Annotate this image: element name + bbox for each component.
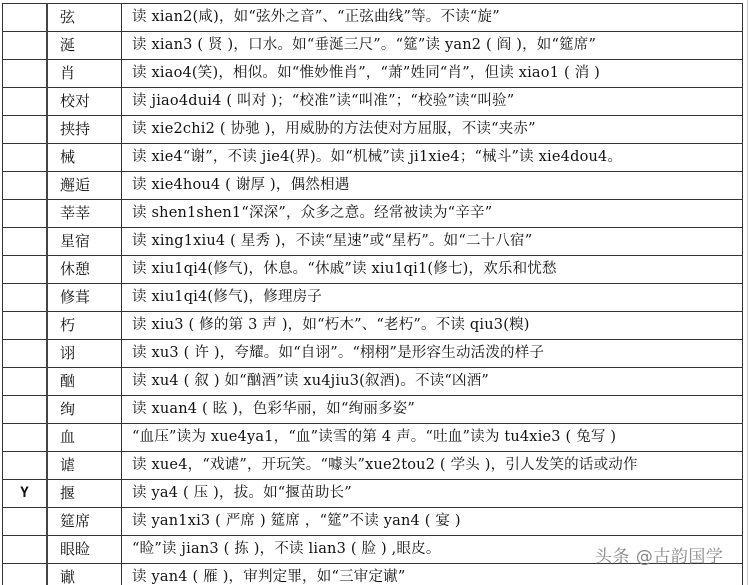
word-cell: 弦 — [47, 4, 122, 32]
letter-cell — [3, 368, 48, 396]
word-cell: 筵席 — [47, 508, 122, 536]
word-cell: 血 — [47, 424, 122, 452]
letter-cell — [3, 424, 48, 452]
note-cell: 读 ya4 ( 压 )，拔。如“揠苗助长” — [122, 480, 743, 508]
note-cell: 读 jiao4dui4 ( 叫对 )；“校准”读“叫准”；“校验”读“叫验” — [122, 88, 743, 116]
word-cell: 眼睑 — [47, 536, 122, 564]
note-cell: 读 xian3 ( 贤 )，口水。如“垂涎三尺”。“筵”读 yan2 ( 阎 )… — [122, 32, 743, 60]
table-row: 挟持读 xie2chi2 ( 协驰 )，用威胁的方法使对方屈服，不读“夹赤” — [3, 116, 743, 144]
note-cell: 读 xiao4(笑)，相似。如“惟妙惟肖”，“萧”姓同“肖”，但读 xiao1 … — [122, 60, 743, 88]
note-cell: 读 xue4，“戏谑”，开玩笑。“噱头”xue2tou2 ( 学头 )，引人发笑… — [122, 452, 743, 480]
letter-cell — [3, 564, 48, 585]
table-row: 休憩读 xiu1qi4(修气)，休息。“休戚”读 xiu1qi1(修七)，欢乐和… — [3, 256, 743, 284]
note-cell: 读 xie2chi2 ( 协驰 )，用威胁的方法使对方屈服，不读“夹赤” — [122, 116, 743, 144]
word-cell: 星宿 — [47, 228, 122, 256]
letter-cell — [3, 116, 48, 144]
word-cell: 谑 — [47, 452, 122, 480]
letter-cell — [3, 60, 48, 88]
letter-cell — [3, 228, 48, 256]
table-row: 涎读 xian3 ( 贤 )，口水。如“垂涎三尺”。“筵”读 yan2 ( 阎 … — [3, 32, 743, 60]
note-cell: 读 xiu1qi4(修气)，休息。“休戚”读 xiu1qi1(修七)，欢乐和忧愁 — [122, 256, 743, 284]
table-row: 械读 xie4“谢”，不读 jie4(界)。如“机械”读 ji1xie4；“械斗… — [3, 144, 743, 172]
table-row: 酗读 xu4 ( 叙 ) 如“酗酒”读 xu4jiu3(叙酒)。不读“凶酒” — [3, 368, 743, 396]
note-cell: 读 xiu3 ( 修的第 3 声 )，如“朽木”、“老朽”。不读 qiu3(糗) — [122, 312, 743, 340]
document-page: 弦读 xian2(咸)，如“弦外之音”、“正弦曲线”等。不读“旋”涎读 xian… — [0, 0, 750, 585]
word-cell: 休憩 — [47, 256, 122, 284]
letter-cell — [3, 396, 48, 424]
letter-cell: Y — [3, 480, 48, 508]
pronunciation-table: 弦读 xian2(咸)，如“弦外之音”、“正弦曲线”等。不读“旋”涎读 xian… — [2, 3, 743, 585]
table-row: 校对读 jiao4dui4 ( 叫对 )；“校准”读“叫准”；“校验”读“叫验” — [3, 88, 743, 116]
word-cell: 诩 — [47, 340, 122, 368]
letter-cell — [3, 88, 48, 116]
note-cell: 读 xian2(咸)，如“弦外之音”、“正弦曲线”等。不读“旋” — [122, 4, 743, 32]
word-cell: 修葺 — [47, 284, 122, 312]
letter-cell — [3, 536, 48, 564]
word-cell: 绚 — [47, 396, 122, 424]
letter-cell — [3, 32, 48, 60]
table-row: 星宿读 xing1xiu4 ( 星秀 )，不读“星速”或“星朽”。如“二十八宿” — [3, 228, 743, 256]
letter-cell — [3, 284, 48, 312]
note-cell: 读 xu3 ( 许 )，夸耀。如“自诩”。“栩栩”是形容生动活泼的样子 — [122, 340, 743, 368]
letter-cell — [3, 312, 48, 340]
table-row: 筵席读 yan1xi3 ( 严席 ) 筵席 ，“筵”不读 yan4 ( 宴 ) — [3, 508, 743, 536]
word-cell: 涎 — [47, 32, 122, 60]
note-cell: 读 xie4“谢”，不读 jie4(界)。如“机械”读 ji1xie4；“械斗”… — [122, 144, 743, 172]
letter-cell — [3, 172, 48, 200]
note-cell: “血压”读为 xue4ya1，“血”读雪的第 4 声。“吐血”读为 tu4xie… — [122, 424, 743, 452]
table-row: 血“血压”读为 xue4ya1，“血”读雪的第 4 声。“吐血”读为 tu4xi… — [3, 424, 743, 452]
word-cell: 朽 — [47, 312, 122, 340]
word-cell: 挟持 — [47, 116, 122, 144]
table-row: 莘莘读 shen1shen1“深深”，众多之意。经常被读为“辛辛” — [3, 200, 743, 228]
word-cell: 酗 — [47, 368, 122, 396]
word-cell: 肖 — [47, 60, 122, 88]
note-cell: 读 xuan4 ( 眩 )，色彩华丽，如“绚丽多姿” — [122, 396, 743, 424]
table-row: 肖读 xiao4(笑)，相似。如“惟妙惟肖”，“萧”姓同“肖”，但读 xiao1… — [3, 60, 743, 88]
table-row: 诩读 xu3 ( 许 )，夸耀。如“自诩”。“栩栩”是形容生动活泼的样子 — [3, 340, 743, 368]
word-cell: 莘莘 — [47, 200, 122, 228]
note-cell: 读 xu4 ( 叙 ) 如“酗酒”读 xu4jiu3(叙酒)。不读“凶酒” — [122, 368, 743, 396]
letter-cell — [3, 200, 48, 228]
letter-cell — [3, 4, 48, 32]
table-row: 修葺读 xiu1qi4(修气)，修理房子 — [3, 284, 743, 312]
table-row: 弦读 xian2(咸)，如“弦外之音”、“正弦曲线”等。不读“旋” — [3, 4, 743, 32]
word-cell: 揠 — [47, 480, 122, 508]
letter-cell — [3, 340, 48, 368]
word-cell: 邂逅 — [47, 172, 122, 200]
watermark: 头条 @古韵国学 — [595, 542, 723, 567]
word-cell: 谳 — [47, 564, 122, 585]
note-cell: 读 xiu1qi4(修气)，修理房子 — [122, 284, 743, 312]
note-cell: 读 xing1xiu4 ( 星秀 )，不读“星速”或“星朽”。如“二十八宿” — [122, 228, 743, 256]
note-cell: 读 shen1shen1“深深”，众多之意。经常被读为“辛辛” — [122, 200, 743, 228]
table-row: 谑读 xue4，“戏谑”，开玩笑。“噱头”xue2tou2 ( 学头 )，引人发… — [3, 452, 743, 480]
letter-cell — [3, 452, 48, 480]
letter-cell — [3, 144, 48, 172]
word-cell: 械 — [47, 144, 122, 172]
letter-cell — [3, 508, 48, 536]
table-row: Y揠读 ya4 ( 压 )，拔。如“揠苗助长” — [3, 480, 743, 508]
word-cell: 校对 — [47, 88, 122, 116]
table-row: 朽读 xiu3 ( 修的第 3 声 )，如“朽木”、“老朽”。不读 qiu3(糗… — [3, 312, 743, 340]
letter-cell — [3, 256, 48, 284]
note-cell: 读 xie4hou4 ( 谢厚 )，偶然相遇 — [122, 172, 743, 200]
table-row: 邂逅读 xie4hou4 ( 谢厚 )，偶然相遇 — [3, 172, 743, 200]
page-edge — [747, 0, 748, 585]
note-cell: 读 yan1xi3 ( 严席 ) 筵席 ，“筵”不读 yan4 ( 宴 ) — [122, 508, 743, 536]
table-row: 绚读 xuan4 ( 眩 )，色彩华丽，如“绚丽多姿” — [3, 396, 743, 424]
